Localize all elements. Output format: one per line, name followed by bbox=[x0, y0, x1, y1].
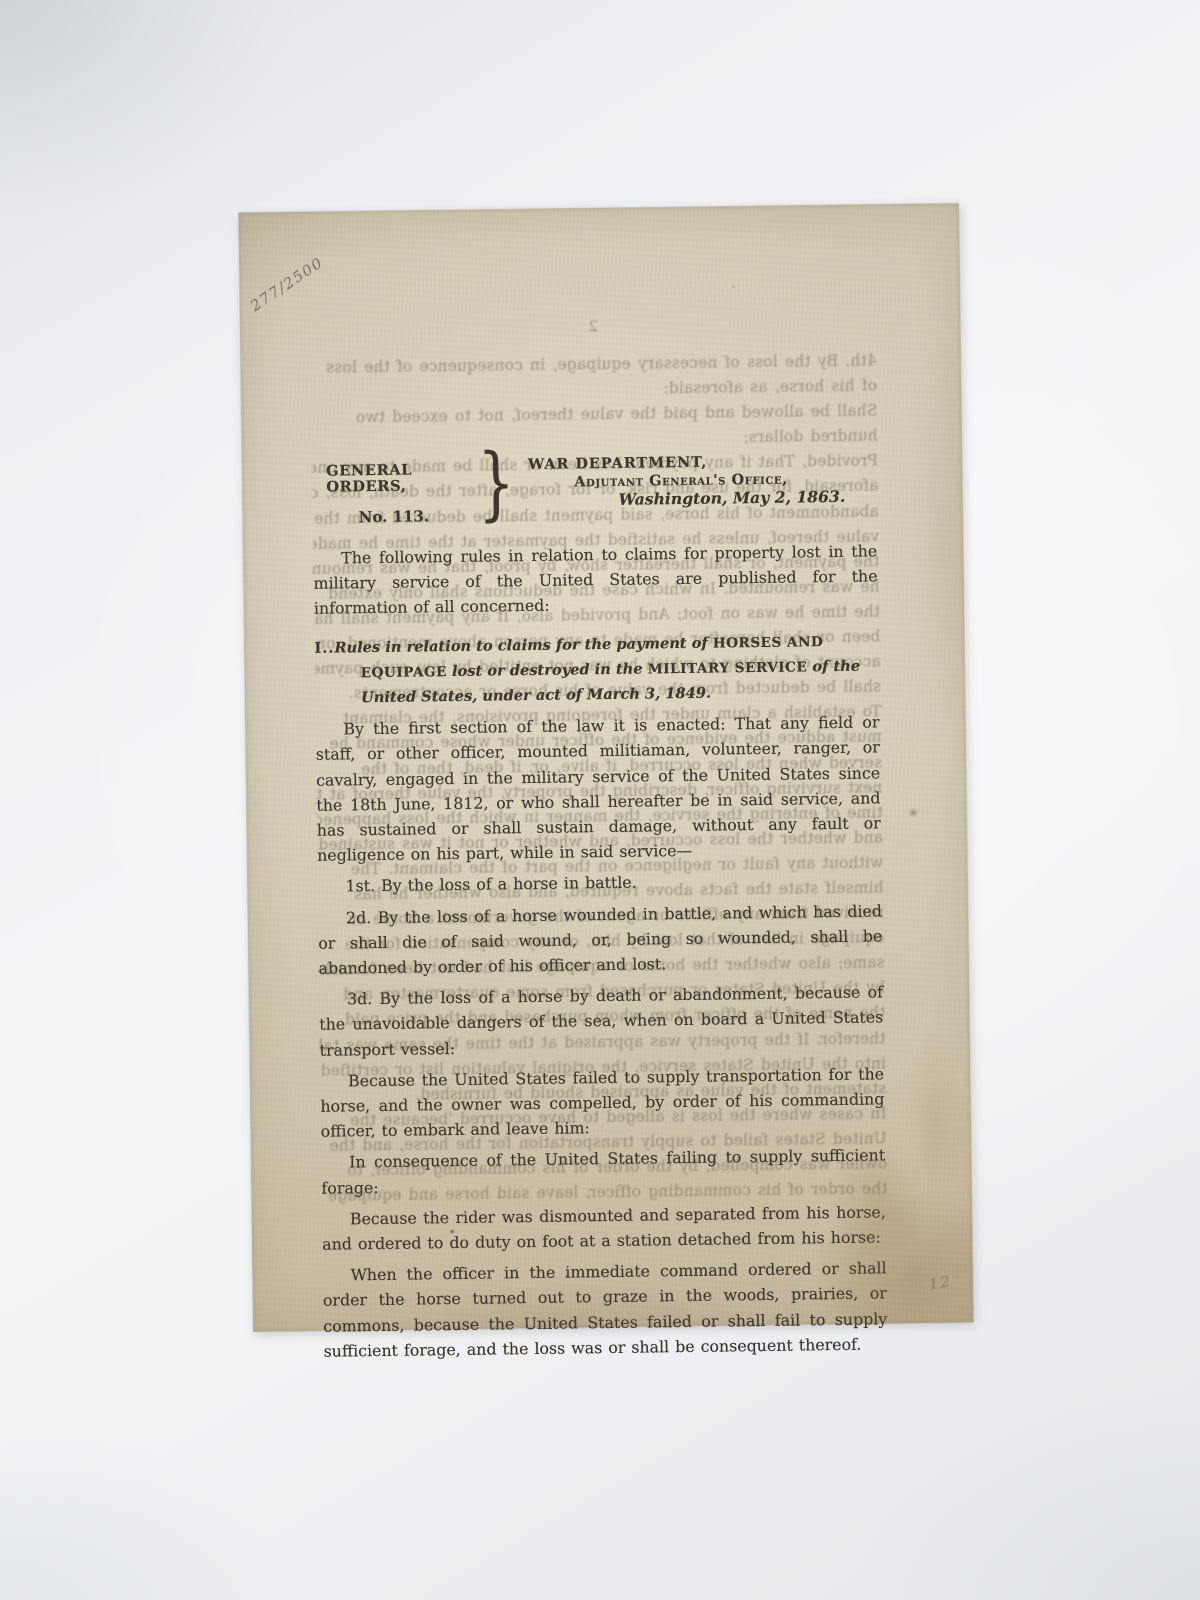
order-header: GENERAL ORDERS, No. 113. } WAR DEPARTMEN… bbox=[312, 449, 877, 525]
heading-caps-2: MILITARY SERVICE bbox=[648, 659, 808, 677]
body-paragraph: By the first section of the law it is en… bbox=[315, 710, 881, 869]
dateline: Washington, May 2, 1863. bbox=[618, 488, 845, 509]
brace-glyph: } bbox=[478, 452, 498, 514]
photo-background: 2 4th. By the loss of necessary equipage… bbox=[0, 0, 1200, 1600]
body-paragraph: 3d. By the loss of a horse by death or a… bbox=[319, 980, 884, 1063]
body-paragraph: 2d. By the loss of a horse wounded in ba… bbox=[318, 898, 883, 981]
intro-paragraph: The following rules in relation to claim… bbox=[313, 538, 878, 621]
body-paragraph: Because the United States failed to supp… bbox=[320, 1061, 885, 1144]
pencil-inscription-bottom-right: 12 bbox=[927, 1272, 953, 1294]
printed-text-block: GENERAL ORDERS, No. 113. } WAR DEPARTMEN… bbox=[312, 449, 888, 1363]
order-header-right: WAR DEPARTMENT, Adjutant General's Offic… bbox=[528, 450, 845, 510]
body-paragraph: Because the rider was dismounted and sep… bbox=[322, 1199, 887, 1257]
verso-page-number: 2 bbox=[310, 308, 876, 343]
pencil-inscription-top-left: 277/2500 bbox=[247, 254, 327, 316]
order-number: No. 113. bbox=[359, 508, 475, 526]
document-paper: 2 4th. By the loss of necessary equipage… bbox=[239, 203, 974, 1331]
heading-italic-1: Rules in relation to claims for the paym… bbox=[334, 635, 713, 657]
body-paragraph: 1st. By the loss of a horse in battle. bbox=[317, 867, 881, 900]
section-heading: I..Rules in relation to claims for the p… bbox=[314, 630, 879, 711]
body-paragraph: When the officer in the immediate comman… bbox=[322, 1256, 887, 1364]
body-paragraph-list: By the first section of the law it is en… bbox=[315, 710, 887, 1364]
section-number: I.. bbox=[314, 640, 334, 657]
general-orders-title: GENERAL ORDERS, bbox=[326, 462, 474, 496]
order-header-left: GENERAL ORDERS, No. 113. bbox=[326, 455, 475, 526]
heading-italic-2: lost or destroyed in the bbox=[447, 660, 648, 680]
body-paragraph: In consequence of the United States fail… bbox=[321, 1143, 886, 1201]
